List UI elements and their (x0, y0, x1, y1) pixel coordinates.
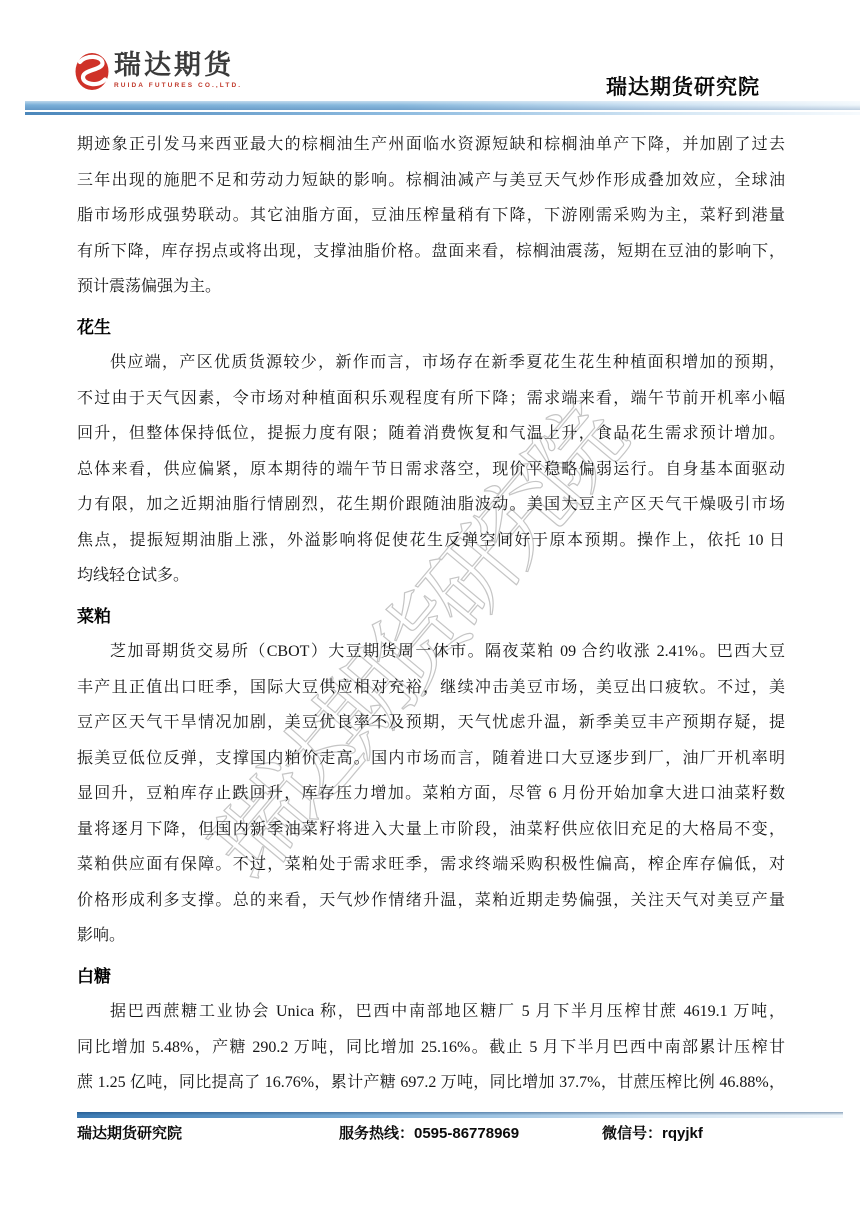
text-line: 预计震荡偏强为主。 (77, 269, 785, 305)
text-line: 均线轻仓试多。 (77, 558, 785, 594)
logo-text: 瑞达期货 RUIDA FUTURES CO.,LTD. (114, 50, 242, 89)
paragraph-peanut: 供应端，产区优质货源较少，新作而言，市场存在新季夏花生花生种植面积增加的预期， … (77, 345, 785, 594)
section-title-peanut: 花生 (77, 310, 785, 346)
text-line: 豆产区天气干旱情况加剧，美豆优良率不及预期，天气忧虑升温，新季美豆丰产预期存疑，… (77, 705, 785, 741)
header-divider-sub (25, 112, 860, 115)
footer: 瑞达期货研究院 服务热线：0595-86778969 微信号：rqyjkf (0, 1122, 860, 1146)
paragraph-rapeseed-meal: 芝加哥期货交易所（CBOT）大豆期货周一休市。隔夜菜粕 09 合约收涨 2.41… (77, 634, 785, 954)
text-line: 总体来看，供应偏紧，原本期待的端午节日需求落空，现价平稳略偏弱运行。自身基本面驱… (77, 452, 785, 488)
paragraph-sugar: 据巴西蔗糖工业协会 Unica 称，巴西中南部地区糖厂 5 月下半月压榨甘蔗 4… (77, 994, 785, 1101)
header-institute-title: 瑞达期货研究院 (606, 71, 760, 101)
text-line: 蔗 1.25 亿吨，同比提高了 16.76%，累计产糖 697.2 万吨，同比增… (77, 1065, 785, 1101)
footer-wechat-id: 微信号：rqyjkf (602, 1122, 703, 1143)
text-line: 据巴西蔗糖工业协会 Unica 称，巴西中南部地区糖厂 5 月下半月压榨甘蔗 4… (77, 994, 785, 1030)
header-divider (25, 101, 860, 115)
text-line: 量将逐月下降，但国内新季油菜籽将进入大量上市阶段，油菜籽供应依旧充足的大格局不变… (77, 812, 785, 848)
logo-company-name: 瑞达期货 (114, 50, 242, 81)
text-line: 菜粕供应面有保障。不过，菜粕处于需求旺季，需求终端采购积极性偏高，榨企库存偏低，… (77, 847, 785, 883)
paragraph-intro: 期迹象正引发马来西亚最大的棕榈油生产州面临水资源短缺和棕榈油单产下降，并加剧了过… (77, 127, 785, 305)
text-line: 力有限，加之近期油脂行情剧烈，花生期价跟随油脂波动。美国大豆主产区天气干燥吸引市… (77, 487, 785, 523)
text-line: 期迹象正引发马来西亚最大的棕榈油生产州面临水资源短缺和棕榈油单产下降，并加剧了过… (77, 127, 785, 163)
footer-hotline: 服务热线：0595-86778969 (339, 1122, 519, 1143)
text-line: 芝加哥期货交易所（CBOT）大豆期货周一休市。隔夜菜粕 09 合约收涨 2.41… (77, 634, 785, 670)
company-logo: 瑞达期货 RUIDA FUTURES CO.,LTD. (74, 50, 242, 92)
logo-company-name-en: RUIDA FUTURES CO.,LTD. (114, 82, 242, 89)
text-line: 丰产且正值出口旺季，国际大豆供应相对充裕，继续冲击美豆市场，美豆出口疲软。不过，… (77, 670, 785, 706)
text-line: 供应端，产区优质货源较少，新作而言，市场存在新季夏花生花生种植面积增加的预期， (77, 345, 785, 381)
text-line: 振美豆低位反弹，支撑国内粕价走高。国内市场而言，随着进口大豆逐步到厂，油厂开机率… (77, 741, 785, 777)
footer-divider (77, 1112, 843, 1118)
text-line: 价格形成利多支撑。总的来看，天气炒作情绪升温，菜粕近期走势偏强，关注天气对美豆产… (77, 883, 785, 919)
footer-institute: 瑞达期货研究院 (77, 1122, 182, 1143)
text-line: 脂市场形成强势联动。其它油脂方面，豆油压榨量稍有下降，下游刚需采购为主，菜籽到港… (77, 198, 785, 234)
text-line: 影响。 (77, 918, 785, 954)
text-line: 不过由于天气因素，令市场对种植面积乐观程度有所下降；需求端来看，端午节前开机率小… (77, 381, 785, 417)
text-line: 焦点，提振短期油脂上涨，外溢影响将促使花生反弹空间好于原本预期。操作上，依托 1… (77, 523, 785, 559)
header-divider-main (25, 101, 860, 110)
text-line: 三年出现的施肥不足和劳动力短缺的影响。棕榈油减产与美豆天气炒作形成叠加效应，全球… (77, 163, 785, 199)
text-line: 同比增加 5.48%，产糖 290.2 万吨，同比增加 25.16%。截止 5 … (77, 1030, 785, 1066)
page: 瑞达期货研究院 瑞达期货 RUIDA FUTURES CO.,LTD. 瑞达期货… (0, 0, 860, 1217)
text-line: 显回升，豆粕库存止跌回升，库存压力增加。菜粕方面，尽管 6 月份开始加拿大进口油… (77, 776, 785, 812)
ruida-logo-icon (74, 50, 110, 92)
section-title-rapeseed-meal: 菜粕 (77, 599, 785, 635)
document-body: 期迹象正引发马来西亚最大的棕榈油生产州面临水资源短缺和棕榈油单产下降，并加剧了过… (77, 127, 785, 1101)
text-line: 有所下降，库存拐点或将出现，支撑油脂价格。盘面来看，棕榈油震荡，短期在豆油的影响… (77, 234, 785, 270)
text-line: 回升，但整体保持低位，提振力度有限；随着消费恢复和气温上升，食品花生需求预计增加… (77, 416, 785, 452)
section-title-sugar: 白糖 (77, 959, 785, 995)
